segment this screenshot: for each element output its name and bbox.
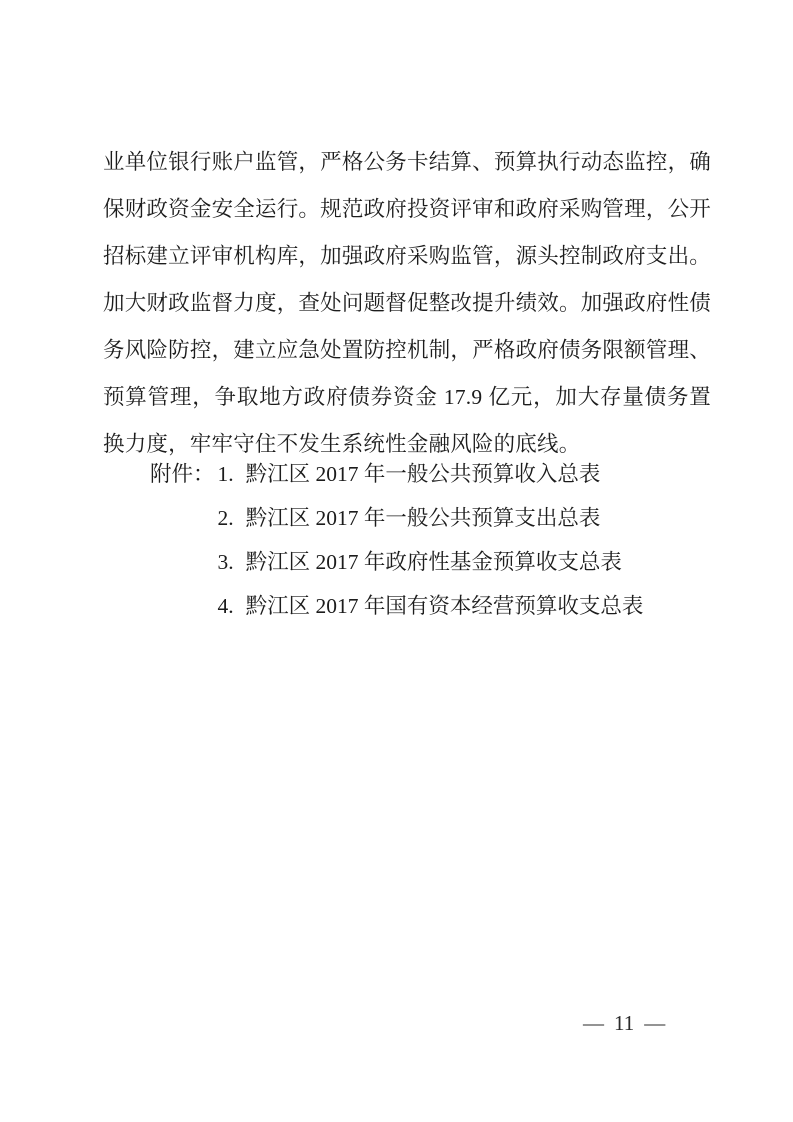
document-page: 业单位银行账户监管，严格公务卡结算、预算执行动态监控，确保财政资金安全运行。规范… — [0, 0, 793, 1122]
attachment-item: 1.黔江区 2017 年一般公共预算收入总表 — [218, 452, 644, 496]
attachment-item: 3.黔江区 2017 年政府性基金预算收支总表 — [218, 540, 644, 584]
attachment-number: 1. — [218, 452, 234, 496]
paragraph-line: 业单位银行账户监管，严格公务卡结算、预算执行动态监控，确 — [103, 139, 711, 186]
attachment-title: 黔江区 2017 年国有资本经营预算收支总表 — [246, 594, 644, 618]
body-paragraph: 业单位银行账户监管，严格公务卡结算、预算执行动态监控，确保财政资金安全运行。规范… — [103, 139, 711, 468]
page-number: 11 — [614, 1011, 634, 1035]
attachment-title: 黔江区 2017 年一般公共预算收入总表 — [246, 462, 601, 486]
attachment-title: 黔江区 2017 年一般公共预算支出总表 — [246, 506, 601, 530]
attachment-number: 3. — [218, 540, 234, 584]
paragraph-line: 预算管理，争取地方政府债券资金 17.9 亿元，加大存量债务置 — [103, 374, 711, 421]
page-footer: —11— — [583, 1011, 665, 1035]
footer-left-dash: — — [583, 1011, 604, 1035]
attachment-item: 2.黔江区 2017 年一般公共预算支出总表 — [218, 496, 644, 540]
paragraph-line: 务风险防控，建立应急处置防控机制，严格政府债务限额管理、 — [103, 327, 711, 374]
attachments-block: 附件： 1.黔江区 2017 年一般公共预算收入总表2.黔江区 2017 年一般… — [150, 452, 643, 628]
attachment-item: 4.黔江区 2017 年国有资本经营预算收支总表 — [218, 584, 644, 628]
paragraph-line: 加大财政监督力度，查处问题督促整改提升绩效。加强政府性债 — [103, 280, 711, 327]
paragraph-line: 保财政资金安全运行。规范政府投资评审和政府采购管理，公开 — [103, 186, 711, 233]
attachment-title: 黔江区 2017 年政府性基金预算收支总表 — [246, 550, 622, 574]
paragraph-line: 招标建立评审机构库，加强政府采购监管，源头控制政府支出。 — [103, 233, 711, 280]
attachments-label: 附件： — [150, 452, 215, 496]
attachments-list: 1.黔江区 2017 年一般公共预算收入总表2.黔江区 2017 年一般公共预算… — [218, 452, 644, 628]
footer-right-dash: — — [644, 1011, 665, 1035]
attachment-number: 4. — [218, 584, 234, 628]
attachment-number: 2. — [218, 496, 234, 540]
